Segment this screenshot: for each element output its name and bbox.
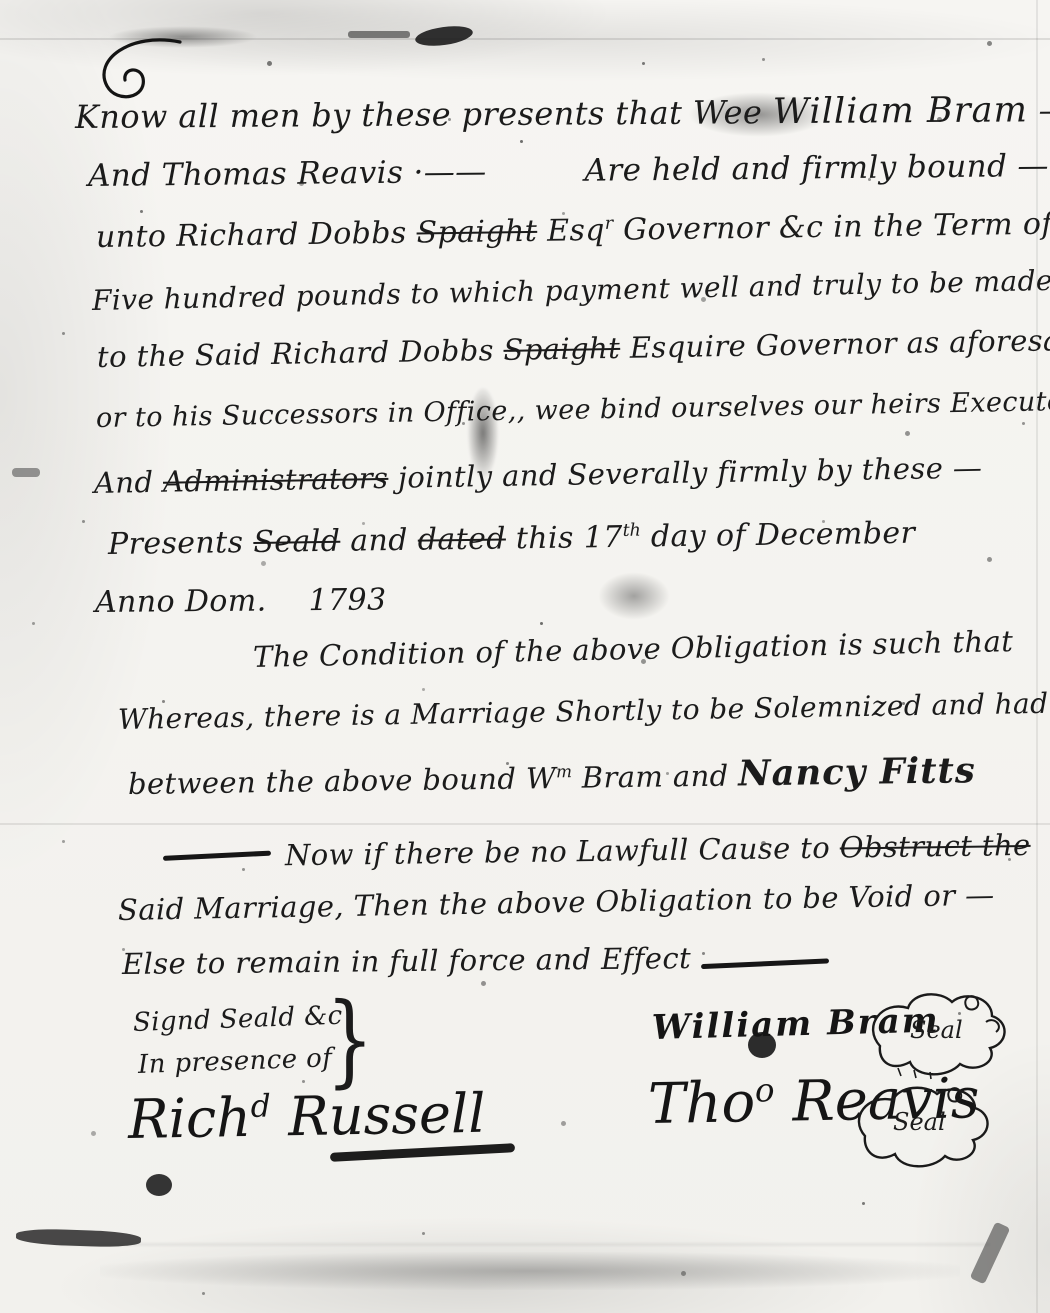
doc-line-9: Anno Dom.1793	[95, 582, 387, 620]
text-segment: Now if there be no Lawfull Cause to	[285, 831, 840, 873]
signature-richard-russell: Richd Russell	[127, 1082, 486, 1151]
text-segment: Esq	[537, 213, 605, 249]
text-segment	[487, 181, 585, 182]
fold-crease-bottom	[60, 1243, 990, 1246]
attestation-line-2: In presence of	[137, 1043, 332, 1080]
doc-line-14: Said Marriage, Then the above Obligation…	[118, 878, 995, 927]
attestation-brace: }	[326, 992, 374, 1087]
text-segment: Know all men by these presents that Wee	[75, 93, 773, 136]
text-segment: m	[556, 761, 572, 781]
text-segment: Spaight	[416, 214, 537, 251]
text-segment: William Bram	[773, 89, 1028, 132]
text-segment: o	[755, 1071, 775, 1109]
doc-line-7: And Administrators jointly and Severally…	[94, 450, 983, 499]
doc-line-6: or to his Successors in Office,, wee bin…	[96, 386, 1050, 434]
text-segment: 1793	[308, 582, 386, 618]
attestation-line-1: Signd Seald &c	[132, 1001, 343, 1038]
text-segment: d	[250, 1089, 271, 1125]
text-segment: Rich	[127, 1086, 251, 1151]
text-segment: or to his Successors in Office,, wee bin…	[96, 386, 1050, 434]
ink-smudge	[348, 31, 410, 38]
doc-line-12: between the above bound Wm Bram and Nanc…	[128, 750, 976, 803]
text-segment: Whereas, there is a Marriage Shortly to …	[118, 686, 1050, 736]
text-segment: dated	[418, 521, 507, 557]
text-segment	[701, 958, 829, 969]
text-segment: Else to remain in full force and Effect	[122, 941, 691, 981]
text-segment: Spaight	[503, 331, 620, 367]
text-segment: Said Marriage, Then the above Obligation…	[118, 878, 995, 927]
text-segment: Seald	[253, 524, 340, 560]
text-segment: Nancy Fitts	[738, 750, 976, 794]
seal-william-bram: Seal	[858, 988, 1013, 1080]
doc-line-13: Now if there be no Lawfull Cause to Obst…	[163, 828, 1031, 874]
text-segment: Esquire Governor as aforesaid —	[620, 322, 1050, 365]
text-segment: Five hundred pounds to which payment wel…	[92, 264, 1050, 317]
doc-line-8: Presents Seald and dated this 17th day o…	[108, 516, 916, 562]
ink-smudge	[598, 572, 670, 620]
ink-smudge	[414, 23, 474, 49]
seal-label: Seal	[910, 1016, 963, 1044]
ink-smudge	[100, 1252, 960, 1290]
doc-line-1: Know all men by these presents that Wee …	[75, 89, 1050, 137]
text-segment: Are held and firmly bound ——	[584, 148, 1050, 189]
doc-line-3: unto Richard Dobbs Spaight Esqr Governor…	[96, 206, 1050, 255]
text-segment: ———	[1028, 91, 1050, 130]
ink-smudge	[12, 468, 40, 477]
text-segment: th	[622, 521, 640, 541]
text-segment: Tho	[647, 1070, 755, 1137]
seal-label: Seal	[893, 1108, 946, 1136]
text-segment: Anno Dom.	[95, 584, 267, 620]
text-segment: And	[94, 465, 164, 500]
text-segment: Bram and	[572, 758, 739, 794]
text-segment: The Condition of the above Obligation is…	[253, 624, 1014, 674]
ink-smudge	[970, 1222, 1011, 1285]
text-segment: this 17	[506, 520, 623, 557]
text-segment: Russell	[270, 1082, 486, 1149]
doc-line-4: Five hundred pounds to which payment wel…	[92, 264, 1050, 317]
text-segment: day of December	[641, 516, 916, 555]
text-segment: between the above bound W	[128, 761, 557, 801]
text-segment: And Thomas Reavis ·——	[88, 154, 487, 194]
text-segment	[163, 850, 271, 860]
seal-thomas-reavis: Seal	[845, 1082, 995, 1170]
ink-smudge	[16, 1228, 141, 1248]
doc-line-2: And Thomas Reavis ·——Are held and firmly…	[88, 148, 1050, 194]
doc-line-15: Else to remain in full force and Effect	[122, 940, 829, 981]
text-segment: and	[340, 523, 418, 559]
text-segment: to the Said Richard Dobbs	[97, 333, 504, 374]
text-segment: Presents	[108, 525, 254, 562]
doc-line-11: Whereas, there is a Marriage Shortly to …	[118, 686, 1050, 736]
doc-line-10: The Condition of the above Obligation is…	[253, 624, 1014, 674]
text-segment: Obstruct the	[840, 828, 1031, 865]
text-segment: Administrators	[163, 461, 389, 499]
ink-blot	[146, 1174, 172, 1196]
fold-crease-middle	[0, 823, 1050, 825]
manuscript-page: Know all men by these presents that Wee …	[0, 0, 1050, 1313]
doc-line-5: to the Said Richard Dobbs Spaight Esquir…	[97, 322, 1050, 374]
text-segment: unto Richard Dobbs	[96, 216, 417, 255]
text-segment: Governor &c in the Term of —	[613, 206, 1050, 248]
paper-specks	[0, 0, 3, 3]
paper-edge-right	[1036, 0, 1038, 1313]
